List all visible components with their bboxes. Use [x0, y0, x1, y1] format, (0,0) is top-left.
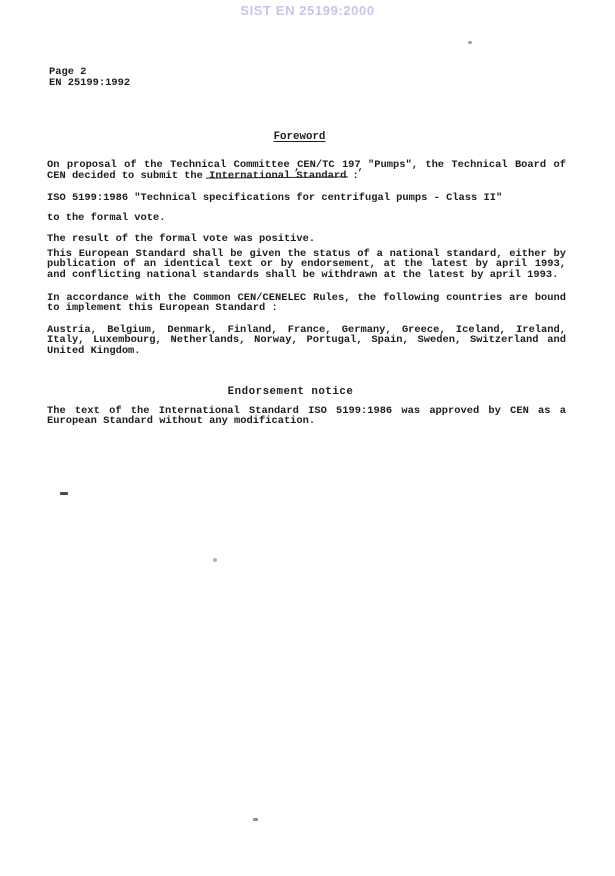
paragraph-vote-result: The result of the formal vote was positi… — [47, 234, 566, 244]
text-line: United Kingdom. — [47, 346, 566, 356]
struck-text: International Standard — [209, 170, 346, 182]
watermark-text: SIST EN 25199:2000 — [0, 3, 615, 18]
scan-artifact — [468, 41, 472, 44]
paragraph-cenelec-rules: In accordance with the Common CEN/CENELE… — [47, 293, 566, 314]
paragraph-proposal: On proposal of the Technical Committee ,… — [47, 160, 566, 182]
scan-artifact — [213, 558, 217, 562]
endorsement-title: Endorsement notice — [31, 386, 550, 398]
text-line: ISO 5199:1986 "Technical specifications … — [47, 193, 566, 203]
text-line: The result of the formal vote was positi… — [47, 234, 566, 244]
page-header: Page 2EN 25199:1992 — [49, 67, 130, 88]
standard-reference: EN 25199:1992 — [49, 77, 130, 89]
scan-artifact — [60, 492, 68, 495]
paragraph-formal-vote: to the formal vote. — [47, 213, 566, 223]
endorsement-paragraph: The text of the International Standard I… — [47, 406, 566, 427]
paragraph-iso-reference: ISO 5199:1986 "Technical specifications … — [47, 193, 566, 203]
foreword-title: Foreword — [40, 131, 559, 143]
document-page: SIST EN 25199:2000 Page 2EN 25199:1992 F… — [0, 0, 615, 876]
text-line: European Standard without any modificati… — [47, 416, 566, 426]
text-line: and conflicting national standards shall… — [47, 270, 566, 280]
text-line: to implement this European Standard : — [47, 303, 566, 313]
text-line: CEN decided to submit the International … — [47, 171, 566, 181]
text-line: to the formal vote. — [47, 213, 566, 223]
paragraph-country-list: Austria, Belgium, Denmark, Finland, Fran… — [47, 325, 566, 356]
scan-artifact — [253, 818, 258, 821]
paragraph-national-status: This European Standard shall be given th… — [47, 249, 566, 280]
